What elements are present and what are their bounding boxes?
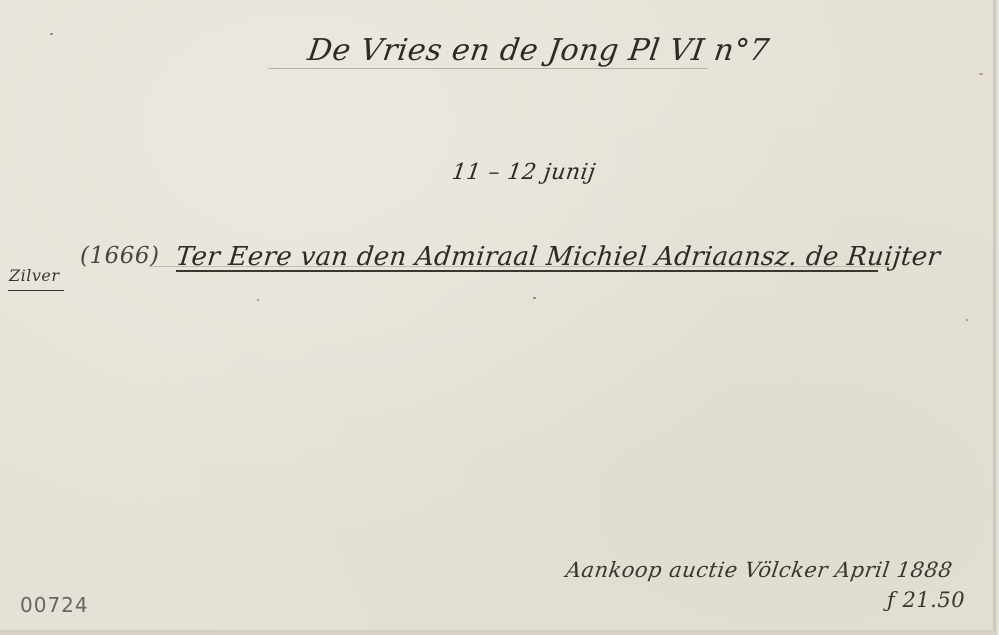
paper-speck bbox=[257, 299, 259, 301]
medal-date: 11 – 12 junij bbox=[450, 160, 597, 185]
paper-speck bbox=[50, 33, 53, 35]
paper-speck bbox=[966, 319, 968, 321]
purchase-price: ƒ 21.50 bbox=[887, 588, 965, 612]
inscription-underline bbox=[176, 270, 878, 272]
paper-speck bbox=[979, 73, 983, 75]
card-edge bbox=[995, 0, 999, 635]
acquisition-note: Aankoop auctie Völcker April 1888 bbox=[564, 558, 954, 582]
medal-year: (1666) bbox=[80, 243, 159, 269]
catalogue-reference: De Vries en de Jong Pl VI n°7 bbox=[306, 33, 772, 68]
title-rule-line bbox=[268, 68, 708, 69]
medal-inscription: Ter Eere van den Admiraal Michiel Adriaa… bbox=[174, 242, 941, 272]
paper-speck bbox=[533, 297, 536, 299]
catalogue-card: De Vries en de Jong Pl VI n°7 11 – 12 ju… bbox=[0, 0, 995, 632]
inventory-number: 00724 bbox=[20, 593, 89, 617]
metal-underline bbox=[8, 290, 64, 291]
metal-label: Zilver bbox=[9, 266, 60, 285]
